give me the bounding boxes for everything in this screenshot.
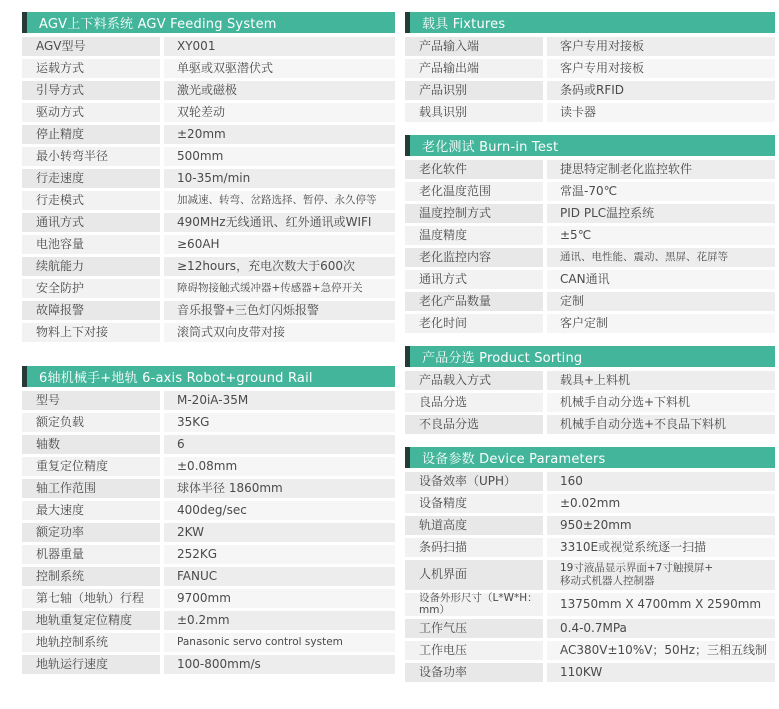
table-row: 最大速度400deg/sec bbox=[22, 501, 395, 520]
spec-label: 老化温度范围 bbox=[405, 182, 543, 201]
spec-rows: 老化软件捷思特定制老化监控软件老化温度范围常温-70℃温度控制方式PID PLC… bbox=[405, 160, 775, 333]
spec-label: 地轨运行速度 bbox=[22, 655, 160, 674]
spec-value: 160 bbox=[547, 472, 775, 491]
table-row: 故障报警音乐报警+三色灯闪烁报警 bbox=[22, 301, 395, 320]
spec-section: 老化测试 Burn-in Test老化软件捷思特定制老化监控软件老化温度范围常温… bbox=[405, 135, 775, 333]
spec-value: 35KG bbox=[164, 413, 395, 432]
spec-value: ≥60AH bbox=[164, 235, 395, 254]
spec-label: 设备功率 bbox=[405, 663, 543, 682]
section-title: AGV上下料系统 AGV Feeding System bbox=[39, 13, 277, 32]
spec-label: 第七轴（地轨）行程 bbox=[22, 589, 160, 608]
spec-column-right: 载具 Fixtures产品输入端客户专用对接板产品输出端客户专用对接板产品识别条… bbox=[405, 12, 775, 695]
spec-label: 机器重量 bbox=[22, 545, 160, 564]
spec-value: 13750mm X 4700mm X 2590mm bbox=[547, 593, 775, 616]
spec-value: 滚筒式双向皮带对接 bbox=[164, 323, 395, 342]
table-row: 老化产品数量定制 bbox=[405, 292, 775, 311]
table-row: 轨道高度950±20mm bbox=[405, 516, 775, 535]
table-row: 通讯方式CAN通讯 bbox=[405, 270, 775, 289]
spec-value: 客户定制 bbox=[547, 314, 775, 333]
table-row: 续航能力≥12hours，充电次数大于600次 bbox=[22, 257, 395, 276]
spec-value: 100-800mm/s bbox=[164, 655, 395, 674]
spec-value: 单驱或双驱潜伏式 bbox=[164, 59, 395, 78]
spec-label: 行走速度 bbox=[22, 169, 160, 188]
table-row: 地轨运行速度100-800mm/s bbox=[22, 655, 395, 674]
section-header: AGV上下料系统 AGV Feeding System bbox=[22, 12, 395, 33]
spec-label: 产品识别 bbox=[405, 81, 543, 100]
spec-value: 音乐报警+三色灯闪烁报警 bbox=[164, 301, 395, 320]
table-row: 额定功率2KW bbox=[22, 523, 395, 542]
spec-value: 0.4-0.7MPa bbox=[547, 619, 775, 638]
spec-value: 6 bbox=[164, 435, 395, 454]
spec-value: ±0.2mm bbox=[164, 611, 395, 630]
spec-label: 良品分选 bbox=[405, 393, 543, 412]
spec-value: 双轮差动 bbox=[164, 103, 395, 122]
spec-label: 载具识别 bbox=[405, 103, 543, 122]
spec-value: 500mm bbox=[164, 147, 395, 166]
spec-value: Panasonic servo control system bbox=[164, 633, 395, 652]
table-row: 最小转弯半径500mm bbox=[22, 147, 395, 166]
table-row: 通讯方式490MHz无线通讯、红外通讯或WIFI bbox=[22, 213, 395, 232]
table-row: 机器重量252KG bbox=[22, 545, 395, 564]
table-row: AGV型号XY001 bbox=[22, 37, 395, 56]
spec-value: XY001 bbox=[164, 37, 395, 56]
spec-label: 最小转弯半径 bbox=[22, 147, 160, 166]
spec-rows: 设备效率（UPH）160设备精度±0.02mm轨道高度950±20mm条码扫描3… bbox=[405, 472, 775, 682]
spec-value: 客户专用对接板 bbox=[547, 37, 775, 56]
spec-label: 额定负载 bbox=[22, 413, 160, 432]
spec-label: 控制系统 bbox=[22, 567, 160, 586]
spec-value: 机械手自动分选+下料机 bbox=[547, 393, 775, 412]
spec-value: 3310E或视觉系统逐一扫描 bbox=[547, 538, 775, 557]
spec-label: 安全防护 bbox=[22, 279, 160, 298]
spec-value: FANUC bbox=[164, 567, 395, 586]
spec-section: 设备参数 Device Parameters设备效率（UPH）160设备精度±0… bbox=[405, 447, 775, 682]
table-row: 老化软件捷思特定制老化监控软件 bbox=[405, 160, 775, 179]
spec-value: 9700mm bbox=[164, 589, 395, 608]
spec-value: 490MHz无线通讯、红外通讯或WIFI bbox=[164, 213, 395, 232]
spec-rows: AGV型号XY001运载方式单驱或双驱潜伏式引导方式激光或磁极驱动方式双轮差动停… bbox=[22, 37, 395, 342]
table-row: 温度控制方式PID PLC温控系统 bbox=[405, 204, 775, 223]
table-row: 行走模式加减速、转弯、岔路选择、暂停、永久停等 bbox=[22, 191, 395, 210]
spec-value: ≥12hours，充电次数大于600次 bbox=[164, 257, 395, 276]
spec-label: 型号 bbox=[22, 391, 160, 410]
section-header: 载具 Fixtures bbox=[405, 12, 775, 33]
spec-value: 252KG bbox=[164, 545, 395, 564]
spec-value: 110KW bbox=[547, 663, 775, 682]
spec-label: 老化软件 bbox=[405, 160, 543, 179]
spec-label: 不良品分选 bbox=[405, 415, 543, 434]
spec-value: 19寸液晶显示界面+7寸触摸屏+ 移动式机器人控制器 bbox=[547, 560, 775, 590]
spec-label: 设备效率（UPH） bbox=[405, 472, 543, 491]
section-title: 老化测试 Burn-in Test bbox=[422, 136, 558, 155]
spec-label: 驱动方式 bbox=[22, 103, 160, 122]
table-row: 安全防护障碍物接触式缓冲器+传感器+急停开关 bbox=[22, 279, 395, 298]
table-row: 重复定位精度±0.08mm bbox=[22, 457, 395, 476]
table-row: 老化监控内容通讯、电性能、震动、黑屏、花屏等 bbox=[405, 248, 775, 267]
spec-label: 设备外形尺寸（L*W*H：mm） bbox=[405, 593, 543, 616]
spec-value: 客户专用对接板 bbox=[547, 59, 775, 78]
spec-value: 机械手自动分选+不良品下料机 bbox=[547, 415, 775, 434]
table-row: 运载方式单驱或双驱潜伏式 bbox=[22, 59, 395, 78]
section-header: 老化测试 Burn-in Test bbox=[405, 135, 775, 156]
table-row: 设备效率（UPH）160 bbox=[405, 472, 775, 491]
spec-label: 轨道高度 bbox=[405, 516, 543, 535]
spec-value: 950±20mm bbox=[547, 516, 775, 535]
spec-section: AGV上下料系统 AGV Feeding SystemAGV型号XY001运载方… bbox=[22, 12, 395, 342]
spec-value: M-20iA-35M bbox=[164, 391, 395, 410]
spec-label: 设备精度 bbox=[405, 494, 543, 513]
table-row: 停止精度±20mm bbox=[22, 125, 395, 144]
table-row: 地轨控制系统Panasonic servo control system bbox=[22, 633, 395, 652]
section-title: 载具 Fixtures bbox=[422, 13, 505, 32]
section-header-edge-bar bbox=[405, 12, 410, 33]
spec-label: 产品载入方式 bbox=[405, 371, 543, 390]
spec-label: 地轨控制系统 bbox=[22, 633, 160, 652]
table-row: 产品识别条码或RFID bbox=[405, 81, 775, 100]
spec-rows: 型号M-20iA-35M额定负载35KG轴数6重复定位精度±0.08mm轴工作范… bbox=[22, 391, 395, 674]
table-row: 设备功率110KW bbox=[405, 663, 775, 682]
section-title: 产品分选 Product Sorting bbox=[422, 347, 582, 366]
table-row: 产品输入端客户专用对接板 bbox=[405, 37, 775, 56]
spec-value: 捷思特定制老化监控软件 bbox=[547, 160, 775, 179]
spec-label: 通讯方式 bbox=[22, 213, 160, 232]
spec-label: 故障报警 bbox=[22, 301, 160, 320]
table-row: 老化温度范围常温-70℃ bbox=[405, 182, 775, 201]
table-row: 设备外形尺寸（L*W*H：mm）13750mm X 4700mm X 2590m… bbox=[405, 593, 775, 616]
spec-value: 读卡器 bbox=[547, 103, 775, 122]
spec-label: 运载方式 bbox=[22, 59, 160, 78]
spec-value: ±20mm bbox=[164, 125, 395, 144]
spec-value: AC380V±10%V；50Hz；三相五线制 bbox=[547, 641, 775, 660]
spec-value: 通讯、电性能、震动、黑屏、花屏等 bbox=[547, 248, 775, 267]
spec-value: 2KW bbox=[164, 523, 395, 542]
spec-value: ±0.08mm bbox=[164, 457, 395, 476]
spec-value: CAN通讯 bbox=[547, 270, 775, 289]
spec-label: 产品输入端 bbox=[405, 37, 543, 56]
spec-value: 激光或磁极 bbox=[164, 81, 395, 100]
table-row: 地轨重复定位精度±0.2mm bbox=[22, 611, 395, 630]
section-header-edge-bar bbox=[405, 346, 410, 367]
spec-value: 10-35m/min bbox=[164, 169, 395, 188]
spec-label: 老化产品数量 bbox=[405, 292, 543, 311]
table-row: 物料上下对接滚筒式双向皮带对接 bbox=[22, 323, 395, 342]
table-row: 轴数6 bbox=[22, 435, 395, 454]
spec-section: 产品分选 Product Sorting产品载入方式载具+上料机良品分选机械手自… bbox=[405, 346, 775, 434]
table-row: 型号M-20iA-35M bbox=[22, 391, 395, 410]
table-row: 引导方式激光或磁极 bbox=[22, 81, 395, 100]
table-row: 不良品分选机械手自动分选+不良品下料机 bbox=[405, 415, 775, 434]
spec-value: ±5℃ bbox=[547, 226, 775, 245]
table-row: 电池容量≥60AH bbox=[22, 235, 395, 254]
section-header: 产品分选 Product Sorting bbox=[405, 346, 775, 367]
spec-label: 物料上下对接 bbox=[22, 323, 160, 342]
section-title: 6轴机械手+地轨 6-axis Robot+ground Rail bbox=[39, 367, 313, 386]
section-header-edge-bar bbox=[22, 366, 27, 387]
spec-label: 续航能力 bbox=[22, 257, 160, 276]
table-row: 第七轴（地轨）行程9700mm bbox=[22, 589, 395, 608]
spec-label: 行走模式 bbox=[22, 191, 160, 210]
spec-value: 球体半径 1860mm bbox=[164, 479, 395, 498]
spec-label: 引导方式 bbox=[22, 81, 160, 100]
spec-value: 400deg/sec bbox=[164, 501, 395, 520]
spec-label: 电池容量 bbox=[22, 235, 160, 254]
spec-value: PID PLC温控系统 bbox=[547, 204, 775, 223]
spec-value: 加减速、转弯、岔路选择、暂停、永久停等 bbox=[164, 191, 395, 210]
spec-label: 老化时间 bbox=[405, 314, 543, 333]
spec-label: 温度控制方式 bbox=[405, 204, 543, 223]
spec-label: 轴数 bbox=[22, 435, 160, 454]
spec-label: 人机界面 bbox=[405, 560, 543, 590]
section-title: 设备参数 Device Parameters bbox=[422, 448, 606, 467]
table-row: 轴工作范围球体半径 1860mm bbox=[22, 479, 395, 498]
spec-value: 常温-70℃ bbox=[547, 182, 775, 201]
table-row: 产品载入方式载具+上料机 bbox=[405, 371, 775, 390]
section-header: 设备参数 Device Parameters bbox=[405, 447, 775, 468]
spec-label: 停止精度 bbox=[22, 125, 160, 144]
spec-section: 6轴机械手+地轨 6-axis Robot+ground Rail型号M-20i… bbox=[22, 366, 395, 674]
table-row: 温度精度±5℃ bbox=[405, 226, 775, 245]
table-row: 工作气压0.4-0.7MPa bbox=[405, 619, 775, 638]
spec-value: 载具+上料机 bbox=[547, 371, 775, 390]
table-row: 条码扫描3310E或视觉系统逐一扫描 bbox=[405, 538, 775, 557]
section-header: 6轴机械手+地轨 6-axis Robot+ground Rail bbox=[22, 366, 395, 387]
table-row: 工作电压AC380V±10%V；50Hz；三相五线制 bbox=[405, 641, 775, 660]
spec-label: 产品输出端 bbox=[405, 59, 543, 78]
spec-section: 载具 Fixtures产品输入端客户专用对接板产品输出端客户专用对接板产品识别条… bbox=[405, 12, 775, 122]
spec-value: 障碍物接触式缓冲器+传感器+急停开关 bbox=[164, 279, 395, 298]
spec-label: 重复定位精度 bbox=[22, 457, 160, 476]
table-row: 行走速度10-35m/min bbox=[22, 169, 395, 188]
spec-label: 通讯方式 bbox=[405, 270, 543, 289]
spec-rows: 产品载入方式载具+上料机良品分选机械手自动分选+下料机不良品分选机械手自动分选+… bbox=[405, 371, 775, 434]
spec-label: 老化监控内容 bbox=[405, 248, 543, 267]
section-header-edge-bar bbox=[405, 135, 410, 156]
spec-label: 工作电压 bbox=[405, 641, 543, 660]
table-row: 额定负载35KG bbox=[22, 413, 395, 432]
spec-label: AGV型号 bbox=[22, 37, 160, 56]
table-row: 控制系统FANUC bbox=[22, 567, 395, 586]
spec-label: 轴工作范围 bbox=[22, 479, 160, 498]
spec-label: 额定功率 bbox=[22, 523, 160, 542]
table-row: 驱动方式双轮差动 bbox=[22, 103, 395, 122]
spec-label: 最大速度 bbox=[22, 501, 160, 520]
table-row: 老化时间客户定制 bbox=[405, 314, 775, 333]
spec-value: ±0.02mm bbox=[547, 494, 775, 513]
section-header-edge-bar bbox=[405, 447, 410, 468]
spec-label: 温度精度 bbox=[405, 226, 543, 245]
table-row: 设备精度±0.02mm bbox=[405, 494, 775, 513]
table-row: 产品输出端客户专用对接板 bbox=[405, 59, 775, 78]
spec-value: 条码或RFID bbox=[547, 81, 775, 100]
table-row: 载具识别读卡器 bbox=[405, 103, 775, 122]
spec-value: 定制 bbox=[547, 292, 775, 311]
section-header-edge-bar bbox=[22, 12, 27, 33]
spec-label: 条码扫描 bbox=[405, 538, 543, 557]
spec-rows: 产品输入端客户专用对接板产品输出端客户专用对接板产品识别条码或RFID载具识别读… bbox=[405, 37, 775, 122]
table-row: 良品分选机械手自动分选+下料机 bbox=[405, 393, 775, 412]
spec-label: 地轨重复定位精度 bbox=[22, 611, 160, 630]
spec-column-left: AGV上下料系统 AGV Feeding SystemAGV型号XY001运载方… bbox=[22, 12, 395, 698]
spec-label: 工作气压 bbox=[405, 619, 543, 638]
table-row: 人机界面19寸液晶显示界面+7寸触摸屏+ 移动式机器人控制器 bbox=[405, 560, 775, 590]
